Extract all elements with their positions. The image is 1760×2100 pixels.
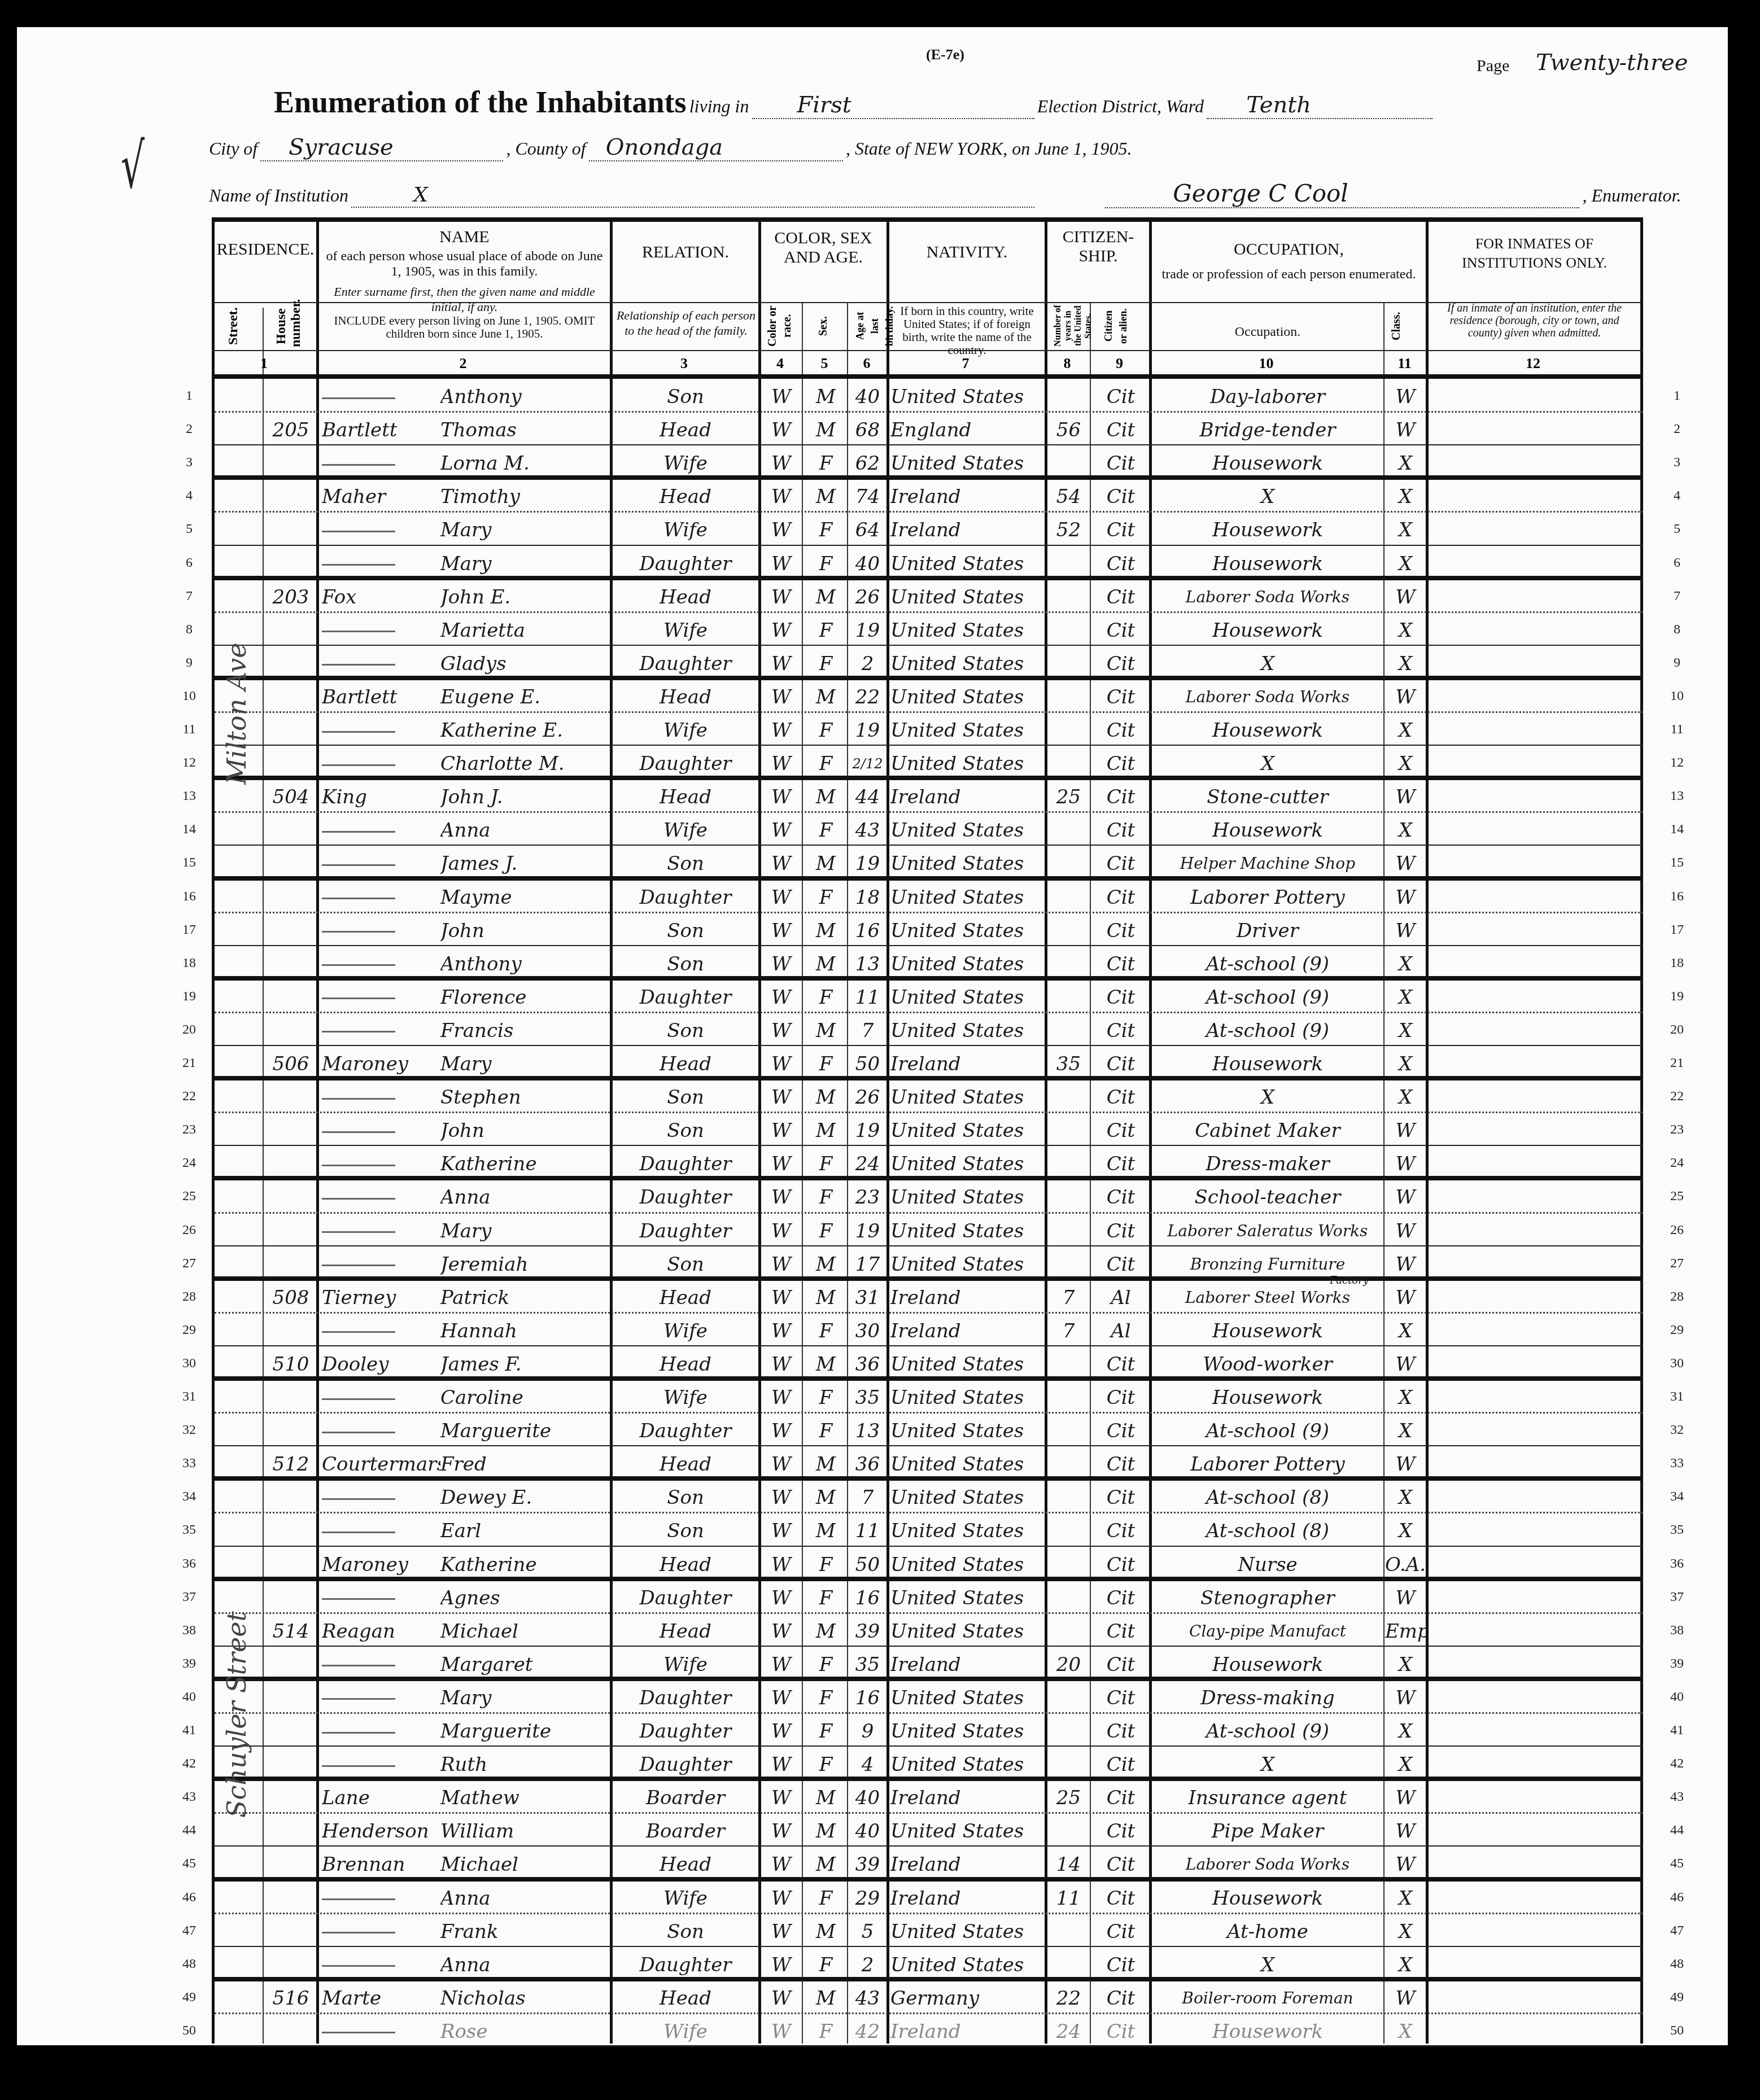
years-in-us-cell: 11 — [1047, 1880, 1090, 1913]
line-number-left: 10 — [175, 689, 203, 704]
house-number-cell — [265, 612, 316, 645]
house-number-cell — [265, 946, 316, 979]
sex-cell: F — [805, 1145, 847, 1179]
line-number-right: 29 — [1663, 1323, 1691, 1338]
house-number-cell: 504 — [265, 778, 316, 812]
row-rule — [215, 2046, 1643, 2047]
years-in-us-cell — [1047, 845, 1090, 878]
color-cell: W — [761, 1613, 802, 1646]
years-in-us-cell — [1047, 1479, 1090, 1512]
house-number-cell — [265, 1580, 316, 1613]
color-cell: W — [761, 1079, 802, 1112]
years-in-us-cell: 52 — [1047, 511, 1090, 545]
occupation-description: trade or profession of each person enume… — [1160, 267, 1417, 282]
class-cell: X — [1385, 478, 1426, 511]
nativity-cell: United States — [890, 1546, 1045, 1580]
years-in-us-cell — [1047, 979, 1090, 1012]
citizen-status-cell: Cit — [1093, 579, 1149, 612]
line-number-left: 27 — [175, 1256, 203, 1271]
relation-cell: Wife — [613, 1880, 758, 1913]
sex-cell: M — [805, 679, 847, 712]
relation-cell: Head — [613, 579, 758, 612]
relation-cell: Wife — [613, 712, 758, 745]
relation-description: Relationship of each person to the head … — [615, 308, 757, 338]
given-name-cell: Rose — [440, 2013, 610, 2046]
sex-cell: F — [805, 979, 847, 1012]
given-name-cell: Margaret — [440, 1646, 610, 1679]
age-header: Age at last birthday. — [853, 305, 884, 347]
nativity-cell: United States — [890, 1813, 1045, 1846]
occupation-cell: X — [1152, 478, 1383, 511]
occupation-cell: Laborer Soda Works — [1152, 1846, 1383, 1879]
surname-cell — [322, 1646, 440, 1679]
line-number-left: 35 — [175, 1523, 203, 1538]
ward-value: Tenth — [1207, 92, 1433, 119]
years-in-us-cell — [1047, 1112, 1090, 1145]
sex-cell: M — [805, 1613, 847, 1646]
table-row: Dewey E.SonWM7United StatesCitAt-school … — [212, 1479, 1643, 1512]
ditto-dash — [322, 998, 395, 999]
residence-header: RESIDENCE. — [215, 240, 316, 259]
class-cell: X — [1385, 1079, 1426, 1112]
table-row: MaroneyKatherineHeadWF50United StatesCit… — [212, 1546, 1643, 1580]
table-row: FrancisSonWM7United StatesCitAt-school (… — [212, 1012, 1643, 1045]
nativity-description: If born in this country, write United St… — [892, 305, 1042, 357]
color-cell: W — [761, 478, 802, 511]
age-cell: 43 — [849, 1980, 886, 2013]
table-row: AnthonySonWM13United StatesCitAt-school … — [212, 946, 1643, 979]
table-row: BartlettEugene E.HeadWM22United StatesCi… — [212, 679, 1643, 712]
given-name-cell: Anthony — [440, 378, 610, 412]
house-number-cell — [265, 1779, 316, 1813]
age-cell: 24 — [849, 1145, 886, 1179]
color-cell: W — [761, 1279, 802, 1313]
occupation-cell: Dress-making — [1152, 1679, 1383, 1713]
given-name-cell: William — [440, 1813, 610, 1846]
given-name-cell: Timothy — [440, 478, 610, 511]
table-row: EarlSonWM11United StatesCitAt-school (8)… — [212, 1512, 1643, 1546]
years-in-us-cell — [1047, 1512, 1090, 1546]
occupation-cell: Laborer Pottery — [1152, 879, 1383, 912]
nativity-cell: Ireland — [890, 1646, 1045, 1679]
class-cell: X — [1385, 511, 1426, 545]
house-number-cell: 508 — [265, 1279, 316, 1313]
table-row: 516MarteNicholasHeadWM43Germany22CitBoil… — [212, 1980, 1643, 2013]
given-name-cell: Michael — [440, 1846, 610, 1879]
line-number-right: 49 — [1663, 1990, 1691, 2005]
occupation-cell: Laborer Pottery — [1152, 1446, 1383, 1479]
surname-cell — [322, 745, 440, 778]
years-in-us-cell: 25 — [1047, 1779, 1090, 1813]
house-number-cell — [265, 745, 316, 778]
age-cell: 16 — [849, 1580, 886, 1613]
surname-cell — [322, 1012, 440, 1045]
line-number-right: 22 — [1663, 1089, 1691, 1104]
house-number-cell — [265, 912, 316, 946]
citizen-status-cell: Al — [1093, 1279, 1149, 1313]
class-cell: X — [1385, 1512, 1426, 1546]
class-cell: W — [1385, 1145, 1426, 1179]
house-number-cell — [265, 1746, 316, 1779]
nativity-cell: England — [890, 412, 1045, 445]
relation-cell: Wife — [613, 2013, 758, 2046]
occupation-cell: At-school (9) — [1152, 1412, 1383, 1446]
relation-cell: Son — [613, 946, 758, 979]
relation-cell: Son — [613, 1246, 758, 1279]
citizen-status-cell: Cit — [1093, 1813, 1149, 1846]
col-number-6: 6 — [847, 355, 886, 372]
line-number-left: 11 — [175, 722, 203, 737]
nativity-cell: Ireland — [890, 1045, 1045, 1079]
table-row: BrennanMichaelHeadWM39Ireland14CitLabore… — [212, 1846, 1643, 1879]
ditto-dash — [322, 2032, 395, 2033]
occupation-note: Factory — [1330, 1262, 1386, 1296]
nativity-cell: United States — [890, 1246, 1045, 1279]
citizen-status-cell: Cit — [1093, 1145, 1149, 1179]
years-in-us-cell — [1047, 1079, 1090, 1112]
occupation-cell: Housework — [1152, 1379, 1383, 1412]
table-row: LaneMathewBoarderWM40Ireland25CitInsuran… — [212, 1779, 1643, 1813]
citizen-status-cell: Cit — [1093, 1713, 1149, 1746]
house-number-cell — [265, 1679, 316, 1713]
given-name-cell: Mary — [440, 545, 610, 579]
ditto-dash — [322, 1932, 395, 1933]
years-in-us-cell: 24 — [1047, 2013, 1090, 2046]
line-number-left: 33 — [175, 1456, 203, 1471]
age-cell: 35 — [849, 1646, 886, 1679]
given-name-cell: John — [440, 1112, 610, 1145]
age-cell: 22 — [849, 679, 886, 712]
table-row: AnnaDaughterWF2United StatesCitXX — [212, 1946, 1643, 1980]
ditto-dash — [322, 1498, 395, 1500]
table-row: 508TierneyPatrickHeadWM31Ireland7AlLabor… — [212, 1279, 1643, 1313]
col-number-11: 11 — [1383, 355, 1426, 372]
occupation-cell: Housework — [1152, 445, 1383, 478]
color-cell: W — [761, 1580, 802, 1613]
line-number-left: 22 — [175, 1089, 203, 1104]
age-cell: 11 — [849, 1512, 886, 1546]
citizen-status-cell: Cit — [1093, 712, 1149, 745]
color-cell: W — [761, 545, 802, 579]
citizen-status-cell: Cit — [1093, 1980, 1149, 2013]
table-row: AnthonySonWM40United StatesCitDay-labore… — [212, 378, 1643, 412]
years-in-us-cell — [1047, 1580, 1090, 1613]
age-cell: 31 — [849, 1279, 886, 1313]
given-name-cell: Francis — [440, 1012, 610, 1045]
color-cell: W — [761, 1713, 802, 1746]
line-number-right: 39 — [1663, 1656, 1691, 1672]
color-cell: W — [761, 378, 802, 412]
ditto-dash — [322, 1432, 395, 1433]
house-number-cell — [265, 1112, 316, 1145]
age-cell: 19 — [849, 712, 886, 745]
given-name-cell: Anna — [440, 1179, 610, 1212]
line-number-left: 1 — [175, 388, 203, 404]
line-number-right: 24 — [1663, 1156, 1691, 1171]
ditto-dash — [322, 864, 395, 866]
surname-cell: Maher — [322, 478, 440, 511]
years-in-us-cell — [1047, 612, 1090, 645]
occupation-cell: Laborer Soda Works — [1152, 679, 1383, 712]
table-row: MargaretWifeWF35Ireland20CitHouseworkX — [212, 1646, 1643, 1679]
occupation-subheader: Occupation. — [1152, 325, 1383, 340]
surname-cell — [322, 1679, 440, 1713]
relation-cell: Daughter — [613, 545, 758, 579]
line-number-left: 19 — [175, 989, 203, 1004]
age-cell: 17 — [849, 1246, 886, 1279]
given-name-cell: Katherine — [440, 1145, 610, 1179]
table-row: CarolineWifeWF35United StatesCitHousewor… — [212, 1379, 1643, 1412]
occupation-cell: Driver — [1152, 912, 1383, 946]
given-name-cell: Anna — [440, 812, 610, 845]
line-number-right: 4 — [1663, 488, 1691, 504]
line-number-right: 8 — [1663, 622, 1691, 637]
sex-cell: M — [805, 412, 847, 445]
color-cell: W — [761, 845, 802, 878]
house-number-cell — [265, 1946, 316, 1980]
occupation-cell: Housework — [1152, 1313, 1383, 1346]
color-cell: W — [761, 1412, 802, 1446]
line-number-right: 47 — [1663, 1923, 1691, 1939]
years-in-us-cell: 14 — [1047, 1846, 1090, 1879]
nativity-cell: United States — [890, 1512, 1045, 1546]
surname-cell — [322, 612, 440, 645]
citizen-status-cell: Cit — [1093, 1213, 1149, 1246]
line-number-right: 7 — [1663, 589, 1691, 604]
col-number-4: 4 — [758, 355, 802, 372]
occupation-cell: X — [1152, 745, 1383, 778]
age-cell: 16 — [849, 912, 886, 946]
table-row: 512CourtermarshFredHeadWM36United States… — [212, 1446, 1643, 1479]
class-cell: W — [1385, 1679, 1426, 1713]
color-cell: W — [761, 1779, 802, 1813]
house-number-cell — [265, 378, 316, 412]
color-cell: W — [761, 912, 802, 946]
given-name-cell: Earl — [440, 1512, 610, 1546]
years-in-us-header: Number of years in the United States. — [1053, 305, 1087, 347]
age-cell: 40 — [849, 1779, 886, 1813]
given-name-cell: Patrick — [440, 1279, 610, 1313]
line-number-left: 46 — [175, 1890, 203, 1905]
line-number-right: 10 — [1663, 689, 1691, 704]
ditto-dash — [322, 464, 395, 466]
line-number-right: 19 — [1663, 989, 1691, 1004]
ditto-dash — [322, 1031, 395, 1032]
house-number-cell: 203 — [265, 579, 316, 612]
class-cell: X — [1385, 1646, 1426, 1679]
line-number-right: 6 — [1663, 555, 1691, 571]
line-number-left: 38 — [175, 1623, 203, 1638]
color-cell: W — [761, 511, 802, 545]
sex-cell: M — [805, 1512, 847, 1546]
citizen-status-cell: Cit — [1093, 1012, 1149, 1045]
table-row: 510DooleyJames F.HeadWM36United StatesCi… — [212, 1346, 1643, 1379]
age-cell: 40 — [849, 378, 886, 412]
line-number-right: 3 — [1663, 455, 1691, 470]
occupation-cell: Helper Machine Shop — [1152, 845, 1383, 878]
class-cell: X — [1385, 1012, 1426, 1045]
sex-cell: F — [805, 1880, 847, 1913]
given-name-cell: Mathew — [440, 1779, 610, 1813]
relation-cell: Daughter — [613, 745, 758, 778]
line-number-right: 32 — [1663, 1423, 1691, 1438]
table-row: 506MaroneyMaryHeadWF50Ireland35CitHousew… — [212, 1045, 1643, 1079]
relation-cell: Head — [613, 1446, 758, 1479]
surname-cell — [322, 1946, 440, 1980]
table-row: StephenSonWM26United StatesCitXX — [212, 1079, 1643, 1112]
ditto-dash — [322, 964, 395, 966]
occupation-cell: Housework — [1152, 1880, 1383, 1913]
relation-cell: Boarder — [613, 1813, 758, 1846]
age-cell: 43 — [849, 812, 886, 845]
line-number-right: 2 — [1663, 422, 1691, 437]
age-cell: 50 — [849, 1045, 886, 1079]
table-row: RoseWifeWF42Ireland24CitHouseworkX — [212, 2013, 1643, 2046]
years-in-us-cell — [1047, 1179, 1090, 1212]
nativity-cell: United States — [890, 445, 1045, 478]
surname-cell — [322, 378, 440, 412]
color-cell: W — [761, 1746, 802, 1779]
surname-cell — [322, 946, 440, 979]
class-cell: X — [1385, 545, 1426, 579]
class-cell: X — [1385, 812, 1426, 845]
years-in-us-cell — [1047, 1213, 1090, 1246]
institution-label: Name of Institution — [209, 185, 348, 205]
relation-cell: Son — [613, 845, 758, 878]
house-number-cell: 506 — [265, 1045, 316, 1079]
relation-cell: Wife — [613, 1379, 758, 1412]
occupation-cell: At-school (9) — [1152, 946, 1383, 979]
name-instruction: Enter surname first, then the given name… — [325, 284, 604, 314]
line-number-left: 9 — [175, 655, 203, 671]
nativity-cell: United States — [890, 979, 1045, 1012]
occupation-cell: X — [1152, 1946, 1383, 1980]
given-name-cell: Mary — [440, 511, 610, 545]
sex-cell: M — [805, 946, 847, 979]
class-cell: X — [1385, 1746, 1426, 1779]
citizen-status-cell: Cit — [1093, 1746, 1149, 1779]
color-cell: W — [761, 1112, 802, 1145]
surname-cell: Maroney — [322, 1045, 440, 1079]
nativity-cell: Ireland — [890, 2013, 1045, 2046]
color-cell: W — [761, 1512, 802, 1546]
relation-cell: Head — [613, 1045, 758, 1079]
nativity-cell: Ireland — [890, 478, 1045, 511]
table-row: JohnSonWM16United StatesCitDriverW — [212, 912, 1643, 946]
color-cell: W — [761, 1145, 802, 1179]
table-row: 504KingJohn J.HeadWM44Ireland25CitStone-… — [212, 778, 1643, 812]
nativity-cell: United States — [890, 1446, 1045, 1479]
surname-cell: King — [322, 778, 440, 812]
citizen-status-cell: Cit — [1093, 1112, 1149, 1145]
relation-cell: Daughter — [613, 1179, 758, 1212]
class-cell: W — [1385, 912, 1426, 946]
line-number-left: 37 — [175, 1590, 203, 1605]
surname-cell — [322, 1379, 440, 1412]
class-cell: W — [1385, 1112, 1426, 1145]
line-number-right: 38 — [1663, 1623, 1691, 1638]
occupation-cell: Nurse — [1152, 1546, 1383, 1580]
years-in-us-cell — [1047, 1346, 1090, 1379]
class-cell: W — [1385, 1446, 1426, 1479]
class-cell: W — [1385, 378, 1426, 412]
years-in-us-cell — [1047, 1446, 1090, 1479]
table-row: Katherine E.WifeWF19United StatesCitHous… — [212, 712, 1643, 745]
line-number-left: 50 — [175, 2023, 203, 2038]
table-row: 514ReaganMichaelHeadWM39United StatesCit… — [212, 1613, 1643, 1646]
given-name-cell: Charlotte M. — [440, 745, 610, 778]
surname-cell — [322, 545, 440, 579]
institution-value: X — [351, 183, 1034, 208]
years-in-us-cell — [1047, 1613, 1090, 1646]
line-number-right: 23 — [1663, 1122, 1691, 1137]
years-in-us-cell — [1047, 1012, 1090, 1045]
surname-cell — [322, 979, 440, 1012]
line-number-right: 20 — [1663, 1022, 1691, 1038]
line-number-left: 18 — [175, 956, 203, 971]
line-number-left: 7 — [175, 589, 203, 604]
years-in-us-cell: 20 — [1047, 1646, 1090, 1679]
age-cell: 42 — [849, 2013, 886, 2046]
table-row: AgnesDaughterWF16United StatesCitStenogr… — [212, 1580, 1643, 1613]
nativity-cell: United States — [890, 1713, 1045, 1746]
ditto-dash — [322, 1131, 395, 1133]
line-number-left: 15 — [175, 855, 203, 870]
citizen-status-cell: Cit — [1093, 1679, 1149, 1713]
class-cell: O.A. — [1385, 1546, 1426, 1580]
relation-cell: Wife — [613, 812, 758, 845]
given-name-cell: Nicholas — [440, 1980, 610, 2013]
house-number-cell — [265, 645, 316, 679]
title-line: Enumeration of the Inhabitants living in… — [274, 85, 1433, 120]
line-number-left: 48 — [175, 1957, 203, 1972]
given-name-cell: John J. — [440, 778, 610, 812]
class-cell: X — [1385, 1946, 1426, 1980]
house-number-cell — [265, 478, 316, 511]
color-cell: W — [761, 712, 802, 745]
sex-cell: F — [805, 1746, 847, 1779]
citizen-status-cell: Cit — [1093, 1379, 1149, 1412]
age-cell: 35 — [849, 1379, 886, 1412]
line-number-left: 43 — [175, 1790, 203, 1805]
surname-cell — [322, 1246, 440, 1279]
table-row: MargueriteDaughterWF13United StatesCitAt… — [212, 1412, 1643, 1446]
given-name-cell: Florence — [440, 979, 610, 1012]
citizen-status-cell: Cit — [1093, 946, 1149, 979]
given-name-cell: Stephen — [440, 1079, 610, 1112]
house-number-cell — [265, 712, 316, 745]
sex-header: Sex. — [816, 305, 838, 347]
years-in-us-cell — [1047, 1746, 1090, 1779]
ditto-dash — [322, 898, 395, 899]
occupation-cell: Stenographer — [1152, 1580, 1383, 1613]
given-name-cell: Dewey E. — [440, 1479, 610, 1512]
sex-cell: M — [805, 1079, 847, 1112]
given-name-cell: Ruth — [440, 1746, 610, 1779]
age-cell: 30 — [849, 1313, 886, 1346]
state-label: , State of NEW YORK, on June 1, 1905. — [846, 138, 1132, 159]
color-sex-age-header: COLOR, SEX AND AGE. — [761, 229, 886, 267]
surname-cell — [322, 879, 440, 912]
color-cell: W — [761, 1446, 802, 1479]
citizen-status-cell: Cit — [1093, 679, 1149, 712]
location-line: City of Syracuse , County of Onondaga , … — [209, 134, 1132, 161]
age-cell: 26 — [849, 579, 886, 612]
table-row: James J.SonWM19United StatesCitHelper Ma… — [212, 845, 1643, 878]
color-cell: W — [761, 2013, 802, 2046]
citizen-status-cell: Cit — [1093, 1646, 1149, 1679]
house-number-cell — [265, 1012, 316, 1045]
